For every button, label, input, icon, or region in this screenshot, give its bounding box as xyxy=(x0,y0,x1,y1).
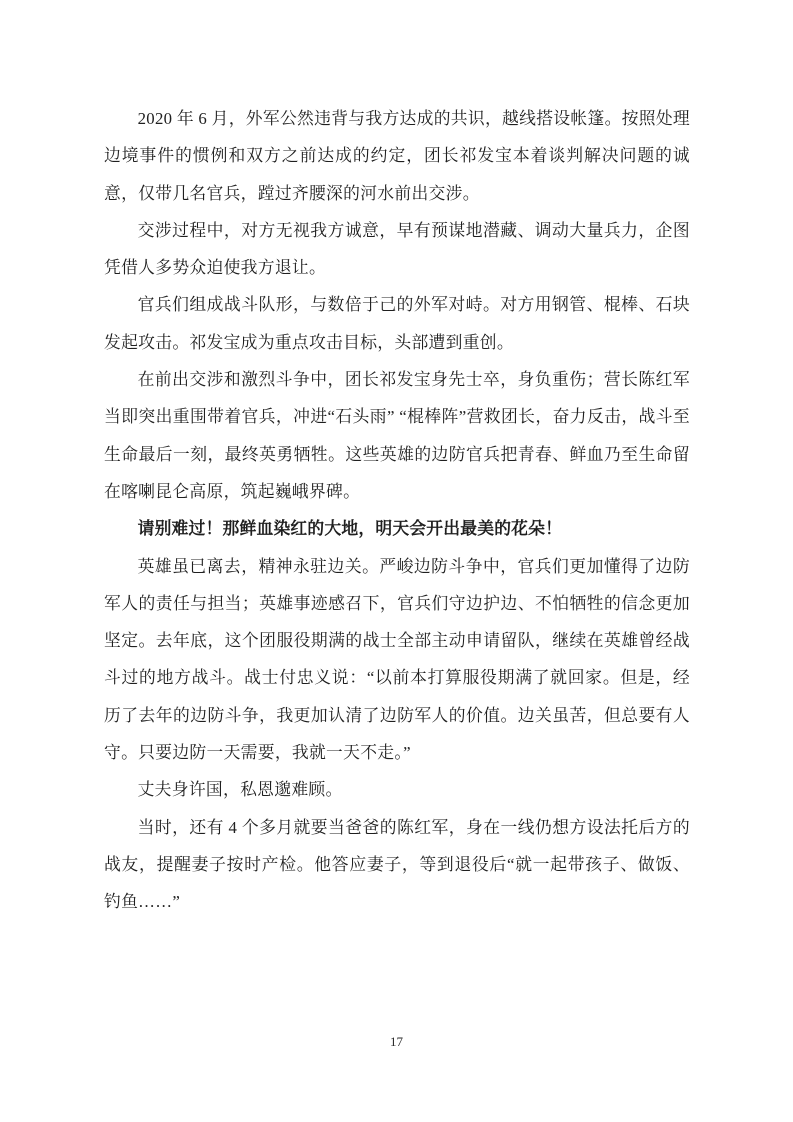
paragraph-chenhongjun-family: 当时，还有 4 个多月就要当爸爸的陈红军，身在一线仍想方设法托后方的战友，提醒妻… xyxy=(104,809,690,921)
page-number: 17 xyxy=(0,1034,793,1050)
paragraph-quote-verse: 丈夫身许国，私恩邈难顾。 xyxy=(104,771,690,808)
text-block: 2020 年 6 月，外军公然违背与我方达成的共识，越线搭设帐篷。按照处理边境事… xyxy=(104,100,690,921)
document-page: 2020 年 6 月，外军公然违背与我方达成的共识，越线搭设帐篷。按照处理边境事… xyxy=(0,0,793,1122)
paragraph-incident-intro: 2020 年 6 月，外军公然违背与我方达成的共识，越线搭设帐篷。按照处理边境事… xyxy=(104,100,690,212)
paragraph-negotiation: 交涉过程中，对方无视我方诚意，早有预谋地潜藏、调动大量兵力，企图凭借人多势众迫使… xyxy=(104,212,690,287)
paragraph-formation: 官兵们组成战斗队形，与数倍于己的外军对峙。对方用钢管、棍棒、石块发起攻击。祁发宝… xyxy=(104,286,690,361)
paragraph-battle: 在前出交涉和激烈斗争中，团长祁发宝身先士卒，身负重伤；营长陈红军当即突出重围带着… xyxy=(104,361,690,510)
paragraph-bold-headline: 请别难过！那鲜血染红的大地，明天会开出最美的花朵！ xyxy=(104,510,690,547)
paragraph-legacy: 英雄虽已离去，精神永驻边关。严峻边防斗争中，官兵们更加懂得了边防军人的责任与担当… xyxy=(104,548,690,772)
